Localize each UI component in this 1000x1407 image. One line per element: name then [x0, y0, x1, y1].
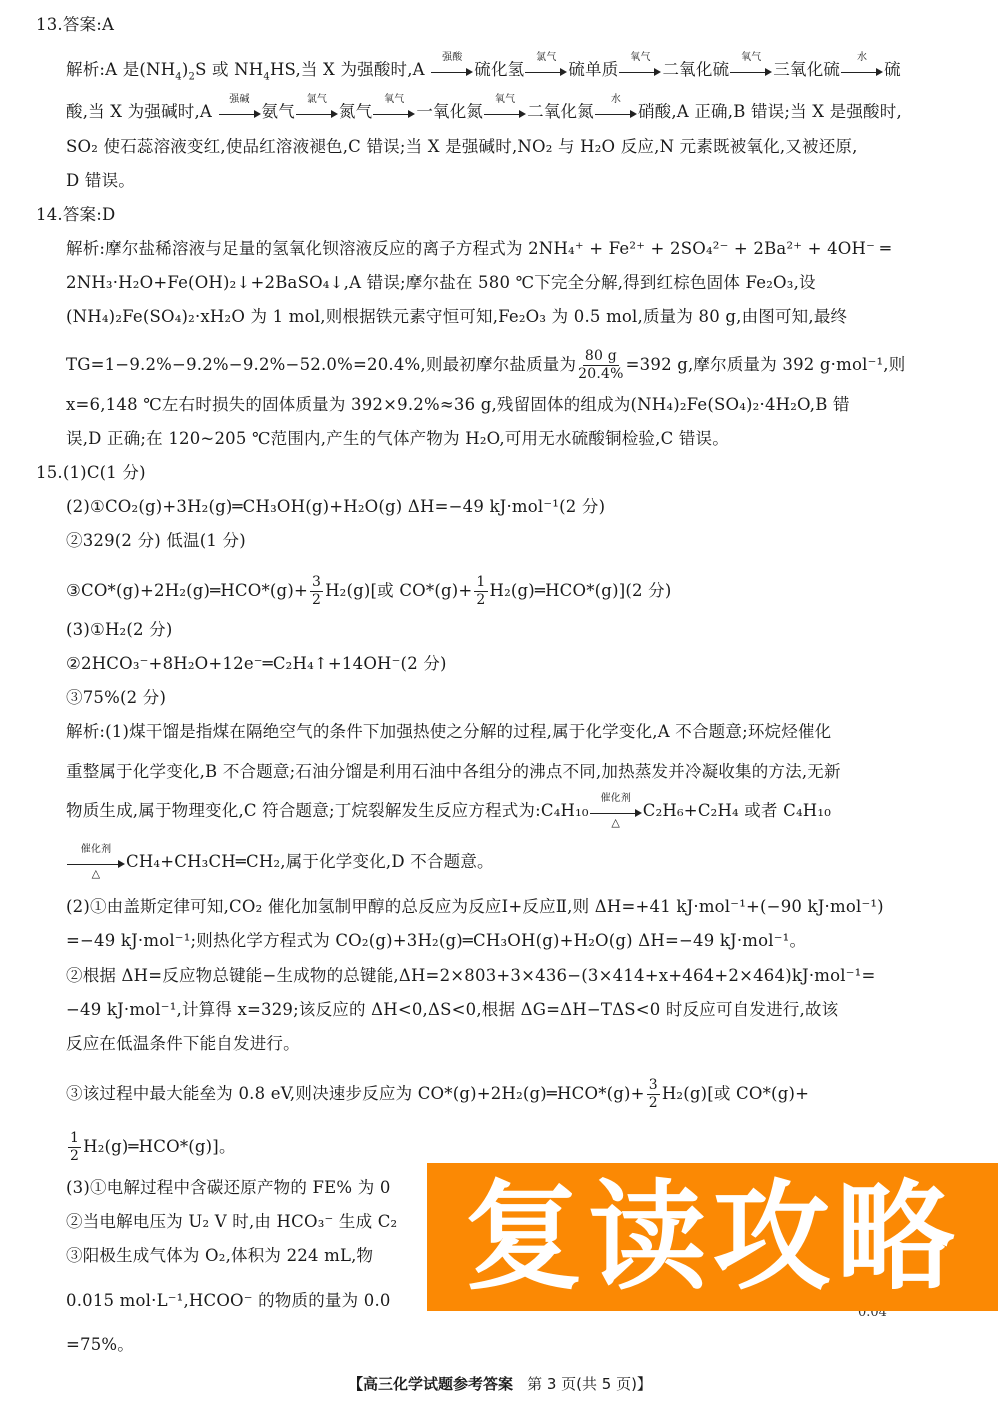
q15-part1: 15.(1)C(1 分): [36, 462, 146, 484]
q14-explanation-line6: 误,D 正确;在 120~205 ℃范围内,产生的气体产物为 H₂O,可用无水硫…: [66, 428, 729, 450]
text: 解析:A 是(NH: [66, 60, 175, 79]
q15-part3-3: ③75%(2 分): [66, 687, 166, 709]
text: ,A 正确,B 错误;当 X 是强酸时,: [671, 102, 902, 121]
text: 硫化氢: [474, 60, 524, 79]
text: 一氧化氮: [416, 102, 483, 121]
q15-part2-1: (2)①CO₂(g)+3H₂(g)═CH₃OH(g)+H₂O(g) ΔH=−49…: [66, 496, 605, 518]
q15-exp4-line1: (3)①电解过程中含碳还原产物的 FE% 为 0: [66, 1177, 391, 1199]
q14-explanation-line2: 2NH₃·H₂O+Fe(OH)₂↓+2BaSO₄↓,A 错误;摩尔盐在 580 …: [66, 272, 816, 294]
reaction-arrow: 强酸: [431, 60, 473, 82]
text: ③CO*(g)+2H₂(g)═HCO*(g)+: [66, 581, 308, 600]
q15-exp1-line4: 催化剂△CH₄+CH₃CH═CH₂,属于化学变化,D 不合题意。: [66, 851, 494, 874]
q15-exp4-line2: ②当电解电压为 U₂ V 时,由 HCO₃⁻ 生成 C₂: [66, 1211, 397, 1233]
reaction-arrow: 氯气: [525, 60, 567, 82]
text: C₂H₆+C₂H₄ 或者 C₄H₁₀: [643, 801, 831, 820]
footer-page-number: 第 3 页(共 5 页)】: [527, 1375, 652, 1393]
q13-explanation-line1: 解析:A 是(NH4)2S 或 NH4HS,当 X 为强酸时,A 强酸硫化氢氯气…: [66, 59, 901, 82]
q15-exp2-line3: ②根据 ΔH=反应物总键能−生成物的总键能,ΔH=2×803+3×436−(3×…: [66, 965, 876, 987]
text: H₂(g)[或 CO*(g)+: [662, 1084, 809, 1103]
fraction: 32: [647, 1077, 660, 1112]
footer-title: 【高三化学试题参考答案: [348, 1375, 513, 1393]
text: H₂(g)[或 CO*(g)+: [325, 581, 472, 600]
q15-exp1-line3: 物质生成,属于物理变化,C 符合题意;丁烷裂解发生反应方程式为:C₄H₁₀催化剂…: [66, 800, 831, 823]
q15-exp4-line4: 0.015 mol·L⁻¹,HCOO⁻ 的物质的量为 0.0: [66, 1290, 391, 1312]
watermark-banner: 复读攻略: [427, 1163, 998, 1311]
q13-explanation-line3: SO₂ 使石蕊溶液变红,使品红溶液褪色,C 错误;当 X 是强碱时,NO₂ 与 …: [66, 136, 858, 158]
text: =392 g,摩尔质量为 392 g·mol⁻¹,则: [626, 355, 906, 374]
page-footer: 【高三化学试题参考答案第 3 页(共 5 页)】: [0, 1373, 1000, 1394]
text: HS,当 X 为强酸时,A: [270, 60, 425, 79]
fraction: 80 g20.4%: [578, 348, 623, 383]
q15-part2-2: ②329(2 分) 低温(1 分): [66, 530, 246, 552]
reaction-arrow: 氧气: [373, 102, 415, 124]
q14-explanation-line1: 解析:摩尔盐稀溶液与足量的氢氧化钡溶液反应的离子方程式为 2NH₄⁺ + Fe²…: [66, 238, 891, 260]
q14-explanation-line3: (NH₄)₂Fe(SO₄)₂·xH₂O 为 1 mol,则根据铁元素守恒可知,F…: [66, 306, 847, 328]
reaction-arrow: 催化剂△: [67, 852, 125, 874]
q13-answer: 13.答案:A: [36, 14, 114, 36]
text: 氮气: [339, 102, 372, 121]
q15-part2-3: ③CO*(g)+2H₂(g)═HCO*(g)+32H₂(g)[或 CO*(g)+…: [66, 574, 671, 609]
q13-explanation-line4: D 错误。: [66, 170, 135, 192]
banner-text: 复读攻略: [464, 1178, 960, 1296]
q15-exp4-line5: =75%。: [66, 1334, 134, 1356]
reaction-arrow: 水: [595, 102, 637, 124]
fraction: 32: [310, 574, 323, 609]
text: 物质生成,属于物理变化,C 符合题意;丁烷裂解发生反应方程式为:C₄H₁₀: [66, 801, 589, 820]
q15-exp1-line1: 解析:(1)煤干馏是指煤在隔绝空气的条件下加强热使之分解的过程,属于化学变化,A…: [66, 721, 831, 743]
text: S 或 NH: [195, 60, 263, 79]
text: 二氧化氮: [527, 102, 594, 121]
q15-exp2-line5: 反应在低温条件下能自发进行。: [66, 1033, 300, 1055]
text: CH₄+CH₃CH═CH₂,属于化学变化,D 不合题意。: [126, 852, 494, 871]
text: H₂(g)═HCO*(g)]。: [83, 1137, 236, 1156]
q15-exp2-line4: −49 kJ·mol⁻¹,计算得 x=329;该反应的 ΔH<0,ΔS<0,根据…: [66, 999, 838, 1021]
text: TG=1−9.2%−9.2%−9.2%−52.0%=20.4%,则最初摩尔盐质量…: [66, 355, 576, 374]
text: ③该过程中最大能垒为 0.8 eV,则决速步反应为 CO*(g)+2H₂(g)═…: [66, 1084, 645, 1103]
text: 硫: [884, 60, 901, 79]
q13-explanation-line2: 酸,当 X 为强碱时,A 强碱氨气氯气氮气氧气一氧化氮氧气二氧化氮水硝酸,A 正…: [66, 101, 902, 124]
q15-part3-2: ②2HCO₃⁻+8H₂O+12e⁻═C₂H₄↑+14OH⁻(2 分): [66, 653, 447, 675]
q14-explanation-line4: TG=1−9.2%−9.2%−9.2%−52.0%=20.4%,则最初摩尔盐质量…: [66, 348, 905, 383]
q14-explanation-line5: x=6,148 ℃左右时损失的固体质量为 392×9.2%≈36 g,残留固体的…: [66, 394, 850, 416]
text: 三氧化硫: [773, 60, 840, 79]
q14-answer: 14.答案:D: [36, 204, 115, 226]
q15-exp3-line1: ③该过程中最大能垒为 0.8 eV,则决速步反应为 CO*(g)+2H₂(g)═…: [66, 1077, 809, 1112]
text: H₂(g)═HCO*(g)](2 分): [490, 581, 672, 600]
q15-exp2-line1: (2)①由盖斯定律可知,CO₂ 催化加氢制甲醇的总反应为反应Ⅰ+反应Ⅱ,则 ΔH…: [66, 896, 884, 918]
fraction: 12: [68, 1130, 81, 1165]
reaction-arrow: 氧气: [619, 60, 661, 82]
q15-exp4-line3: ③阳极生成气体为 O₂,体积为 224 mL,物: [66, 1245, 373, 1267]
q15-part3-1: (3)①H₂(2 分): [66, 619, 173, 641]
text: 氨气: [262, 102, 295, 121]
text: 硫单质: [568, 60, 618, 79]
reaction-arrow: 强碱: [219, 102, 261, 124]
reaction-arrow: 氯气: [296, 102, 338, 124]
q15-exp1-line2: 重整属于化学变化,B 不合题意;石油分馏是利用石油中各组分的沸点不同,加热蒸发并…: [66, 761, 841, 783]
reaction-arrow: 水: [841, 60, 883, 82]
reaction-arrow: 氧气: [484, 102, 526, 124]
q15-exp2-line2: =−49 kJ·mol⁻¹;则热化学方程式为 CO₂(g)+3H₂(g)═CH₃…: [66, 930, 806, 952]
text: 二氧化硫: [662, 60, 729, 79]
q15-exp3-line2: 12H₂(g)═HCO*(g)]。: [66, 1130, 236, 1165]
text: 硝酸: [638, 102, 671, 121]
fraction: 12: [474, 574, 487, 609]
reaction-arrow: 催化剂△: [590, 801, 642, 823]
text: 酸,当 X 为强碱时,A: [66, 102, 212, 121]
reaction-arrow: 氧气: [730, 60, 772, 82]
text: ): [182, 60, 189, 79]
